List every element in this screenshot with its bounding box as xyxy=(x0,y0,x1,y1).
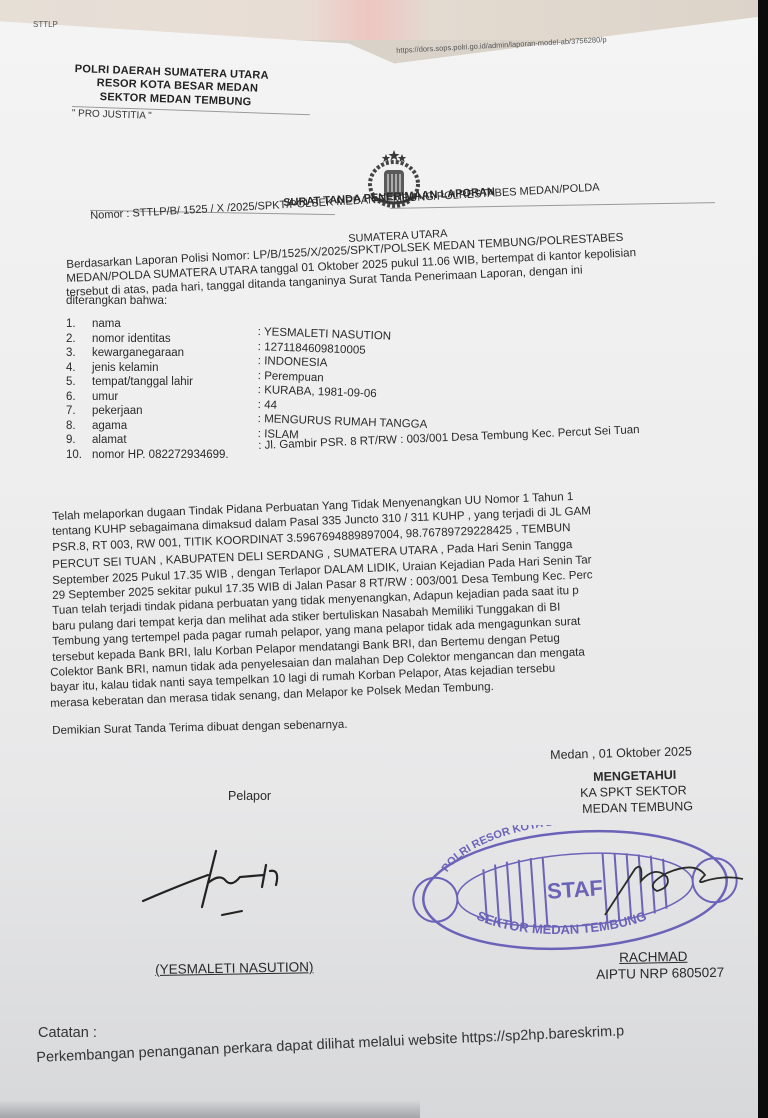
field-label: nomor HP. 082272934699. xyxy=(92,449,229,461)
dark-edge xyxy=(758,0,768,1118)
officer-rank: AIPTU NRP 6805027 xyxy=(596,965,724,982)
notes-label: Catatan : xyxy=(38,1025,97,1041)
officer-name: RACHMAD xyxy=(619,949,688,965)
field-value: : INDONESIA xyxy=(258,355,328,369)
field-value: : Perempuan xyxy=(258,370,324,384)
field-number: 7. xyxy=(66,405,92,417)
field-number: 10. xyxy=(66,449,92,461)
field-value: : 44 xyxy=(258,399,278,412)
field-number: 9. xyxy=(66,434,92,446)
field-row: 6.umur xyxy=(66,391,118,403)
field-row: 5.tempat/tanggal lahir xyxy=(66,376,193,388)
field-label: kewarganegaraan xyxy=(92,347,184,359)
field-number: 5. xyxy=(66,376,92,388)
officer-title-2: MEDAN TEMBUNG xyxy=(582,799,693,816)
form-code: STTLP xyxy=(33,20,58,29)
field-number: 4. xyxy=(66,362,92,374)
field-row: 1.nama xyxy=(66,318,121,330)
officer-title-1: KA SPKT SEKTOR xyxy=(580,783,687,800)
field-label: pekerjaan xyxy=(92,405,143,417)
field-number: 2. xyxy=(66,333,92,345)
svg-text:STAF: STAF xyxy=(546,875,603,904)
field-row: 9.alamat xyxy=(66,434,127,446)
reporter-label: Pelapor xyxy=(228,789,271,803)
field-row: 2.nomor identitas xyxy=(66,333,171,345)
field-label: jenis kelamin xyxy=(92,362,158,374)
reporter-name: (YESMALETI NASUTION) xyxy=(155,959,314,977)
field-row: 3.kewarganegaraan xyxy=(66,347,184,359)
intro-line-4: diterangkan bahwa: xyxy=(66,294,167,307)
field-row: 4.jenis kelamin xyxy=(66,362,158,374)
field-row: 7.pekerjaan xyxy=(66,405,143,417)
reporter-signature-icon xyxy=(140,845,320,925)
field-row: 10.nomor HP. 082272934699. xyxy=(66,449,229,461)
field-row: 8.agama xyxy=(66,420,127,432)
field-label: nomor identitas xyxy=(92,333,171,345)
field-number: 8. xyxy=(66,420,92,432)
field-label: nama xyxy=(92,318,121,330)
acknowledge-label: MENGETAHUI xyxy=(593,768,676,784)
field-label: agama xyxy=(92,420,127,432)
shadow xyxy=(0,1100,420,1118)
field-number: 3. xyxy=(66,347,92,359)
svg-text:SEKTOR MEDAN TEMBUNG: SEKTOR MEDAN TEMBUNG xyxy=(474,896,649,943)
field-label: alamat xyxy=(92,434,127,446)
field-number: 6. xyxy=(66,391,92,403)
field-label: tempat/tanggal lahir xyxy=(92,376,193,388)
field-label: umur xyxy=(92,391,118,403)
official-stamp-icon: STAF POLRI RESOR KOTA BESAR MEDAN SEKTOR… xyxy=(405,825,745,955)
field-number: 1. xyxy=(66,318,92,330)
